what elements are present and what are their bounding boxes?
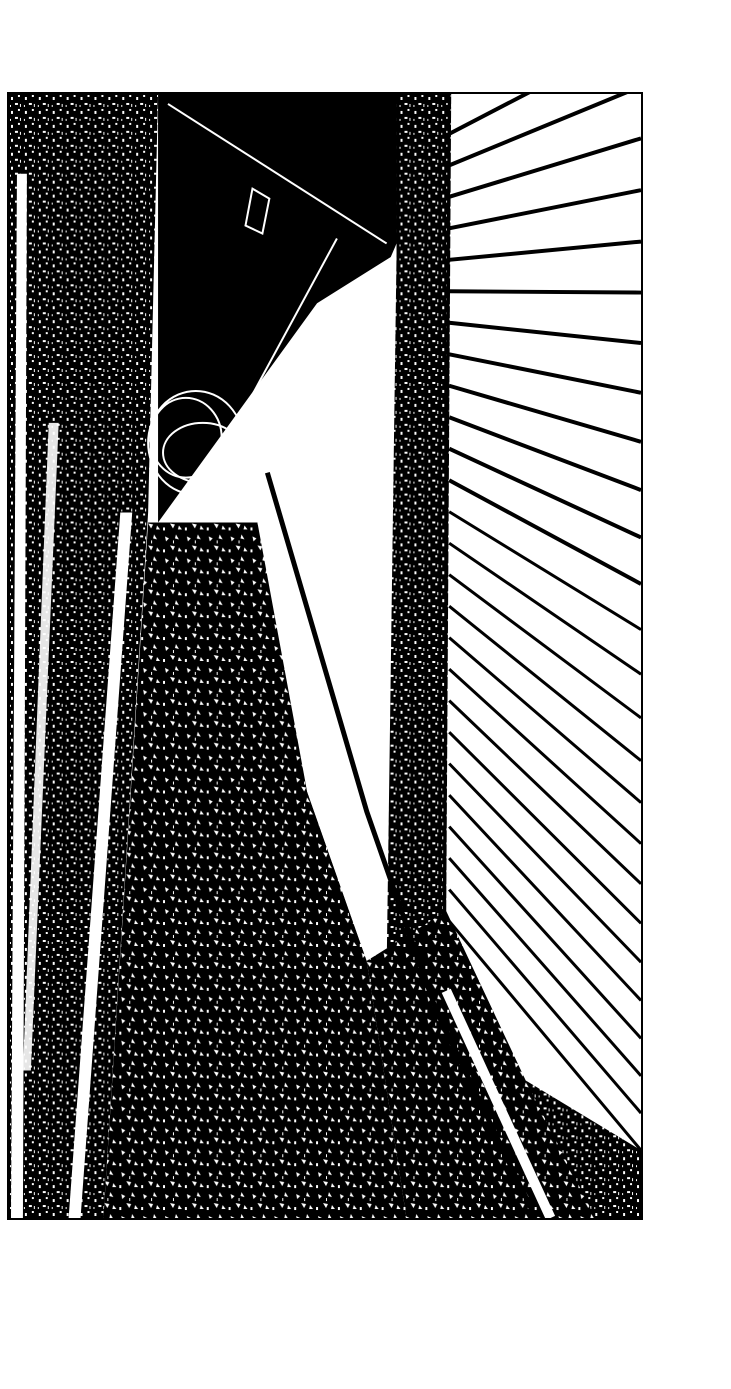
alley-scene [9, 94, 641, 1218]
siding-board-line [449, 291, 641, 292]
photograph [7, 92, 643, 1220]
